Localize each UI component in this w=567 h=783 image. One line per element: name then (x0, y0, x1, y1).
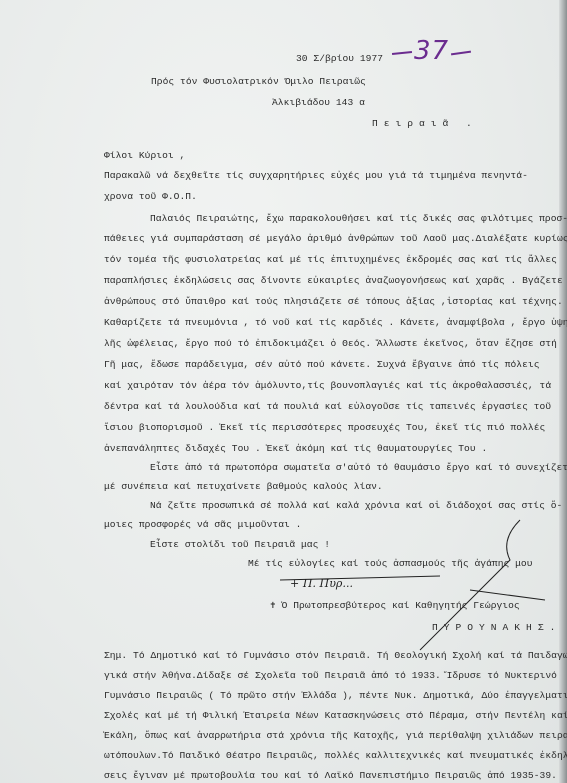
body-line: Παλαιός Πειραιώτης, ἔχω παρακολουθήσει κ… (150, 213, 567, 225)
body-line: τόν τομέα τῆς φυσιολατρείας καί μέ τίς ἐ… (104, 254, 557, 266)
body-line: δέντρα καί τά λουλούδια καί τά πουλιά κα… (104, 401, 551, 413)
body-line: Νά ζεῖτε προσωπικά σέ πολλά καί καλά χρό… (150, 500, 562, 512)
body-line: καί χαιρόταν τόν ἀέρα τόν ἀμόλυντο,τίς β… (104, 380, 551, 392)
letter-page: 37 30 Σ/βρίου 1977 Πρός τόν Φυσιολατρικό… (0, 0, 567, 783)
signature-surname: ΠΥΡΟΥΝΑΚΗΣ. (432, 622, 561, 634)
body-line: μέ συνέπεια καί πετυχαίνετε βαθμούς καλο… (104, 481, 383, 493)
note-line: σεις ἔγιναν μέ πρωτοβουλία του καί τό Λα… (104, 770, 557, 782)
page-edge-shadow (559, 0, 567, 783)
salutation: Φίλοι Κύριοι , (104, 150, 185, 162)
body-line: ἴσιου βιοπορισμοῦ . Ἐκεῖ τίς περισσότερε… (104, 422, 545, 434)
body-line: ἀνθρώπους στό ὕπαιθρο καί τούς πλησιάζετ… (104, 296, 563, 308)
note-line: Ἐκάλη, ὅπως καί ἀναρρωτήρια στά χρόνια τ… (104, 730, 567, 742)
body-line: Εἶστε στολίδι τοῦ Πειραιᾶ μας ! (150, 539, 330, 551)
body-line: παραπλήσιες ἐκδηλώσεις σας δίνοντε εὐκαι… (104, 275, 563, 287)
body-line: Παρακαλῶ νά δεχθεῖτε τίς συγχαρητήριες ε… (104, 170, 528, 182)
body-line: Εἶστε ἀπό τά πρωτοπόρα σωματεῖα σ'αὐτό τ… (150, 462, 567, 474)
body-line: ἀνεπανάληπτες διδαχές Του . Ἐκεῖ ἀκόμη κ… (104, 443, 487, 455)
body-line: μοιες προσφορές νά σᾶς μιμοῦνται . (104, 519, 301, 531)
letter-date: 30 Σ/βρίου 1977 (296, 53, 383, 65)
page-number: 37 (414, 36, 449, 66)
recipient-city: Πειραιᾶ . (372, 118, 478, 130)
closing-line: Μέ τίς εὐλογίες καί τούς ἀσπασμούς τῆς ἀ… (248, 558, 533, 570)
note-line: γικά στήν Ἀθήνα.Δίδαξε σέ Σχολεῖα τοῦ Πε… (104, 670, 557, 682)
note-line: Γυμνάσιο Πειραιῶς ( Τό πρῶτο στήν Ἑλλάδα… (104, 690, 567, 702)
recipient-line: Πρός τόν Φυσιολατρικόν Όμιλο Πειραιῶς (151, 76, 366, 88)
note-line: Σχολές καί μέ τή Φιλική Ἑταιρεία Νέων Κα… (104, 710, 567, 722)
note-line: Σημ. Τό Δημοτικό καί τό Γυμνάσιο στόν Πε… (104, 650, 567, 662)
body-line: λῆς ὠφέλειας, ἔργο πού τό ἐπιδοκιμάζει ὁ… (104, 338, 557, 350)
handwritten-signature: + Π. Πυρ... (290, 578, 353, 590)
body-line: χρονα τοῦ Φ.Ο.Π. (104, 191, 197, 203)
recipient-address: Ἀλκιβιάδου 143 α (272, 97, 365, 109)
body-line: Γῆ μας, ἔδωσε παράδειγμα, σέν αὐτό πού κ… (104, 359, 540, 371)
body-line: Καθαρίζετε τά πνευμόνια , τό νοῦ καί τίς… (104, 317, 567, 329)
signature-title: ✝ Ὁ Πρωτοπρεσβύτερος καί Καθηγητής Γεώργ… (270, 600, 520, 612)
note-line: ωτόπουλων.Τό Παιδικό Θέατρο Πειραιῶς, πο… (104, 750, 567, 762)
body-line: πάθειες γιά συμπαράσταση σέ μεγάλο ἀριθμ… (104, 233, 567, 245)
